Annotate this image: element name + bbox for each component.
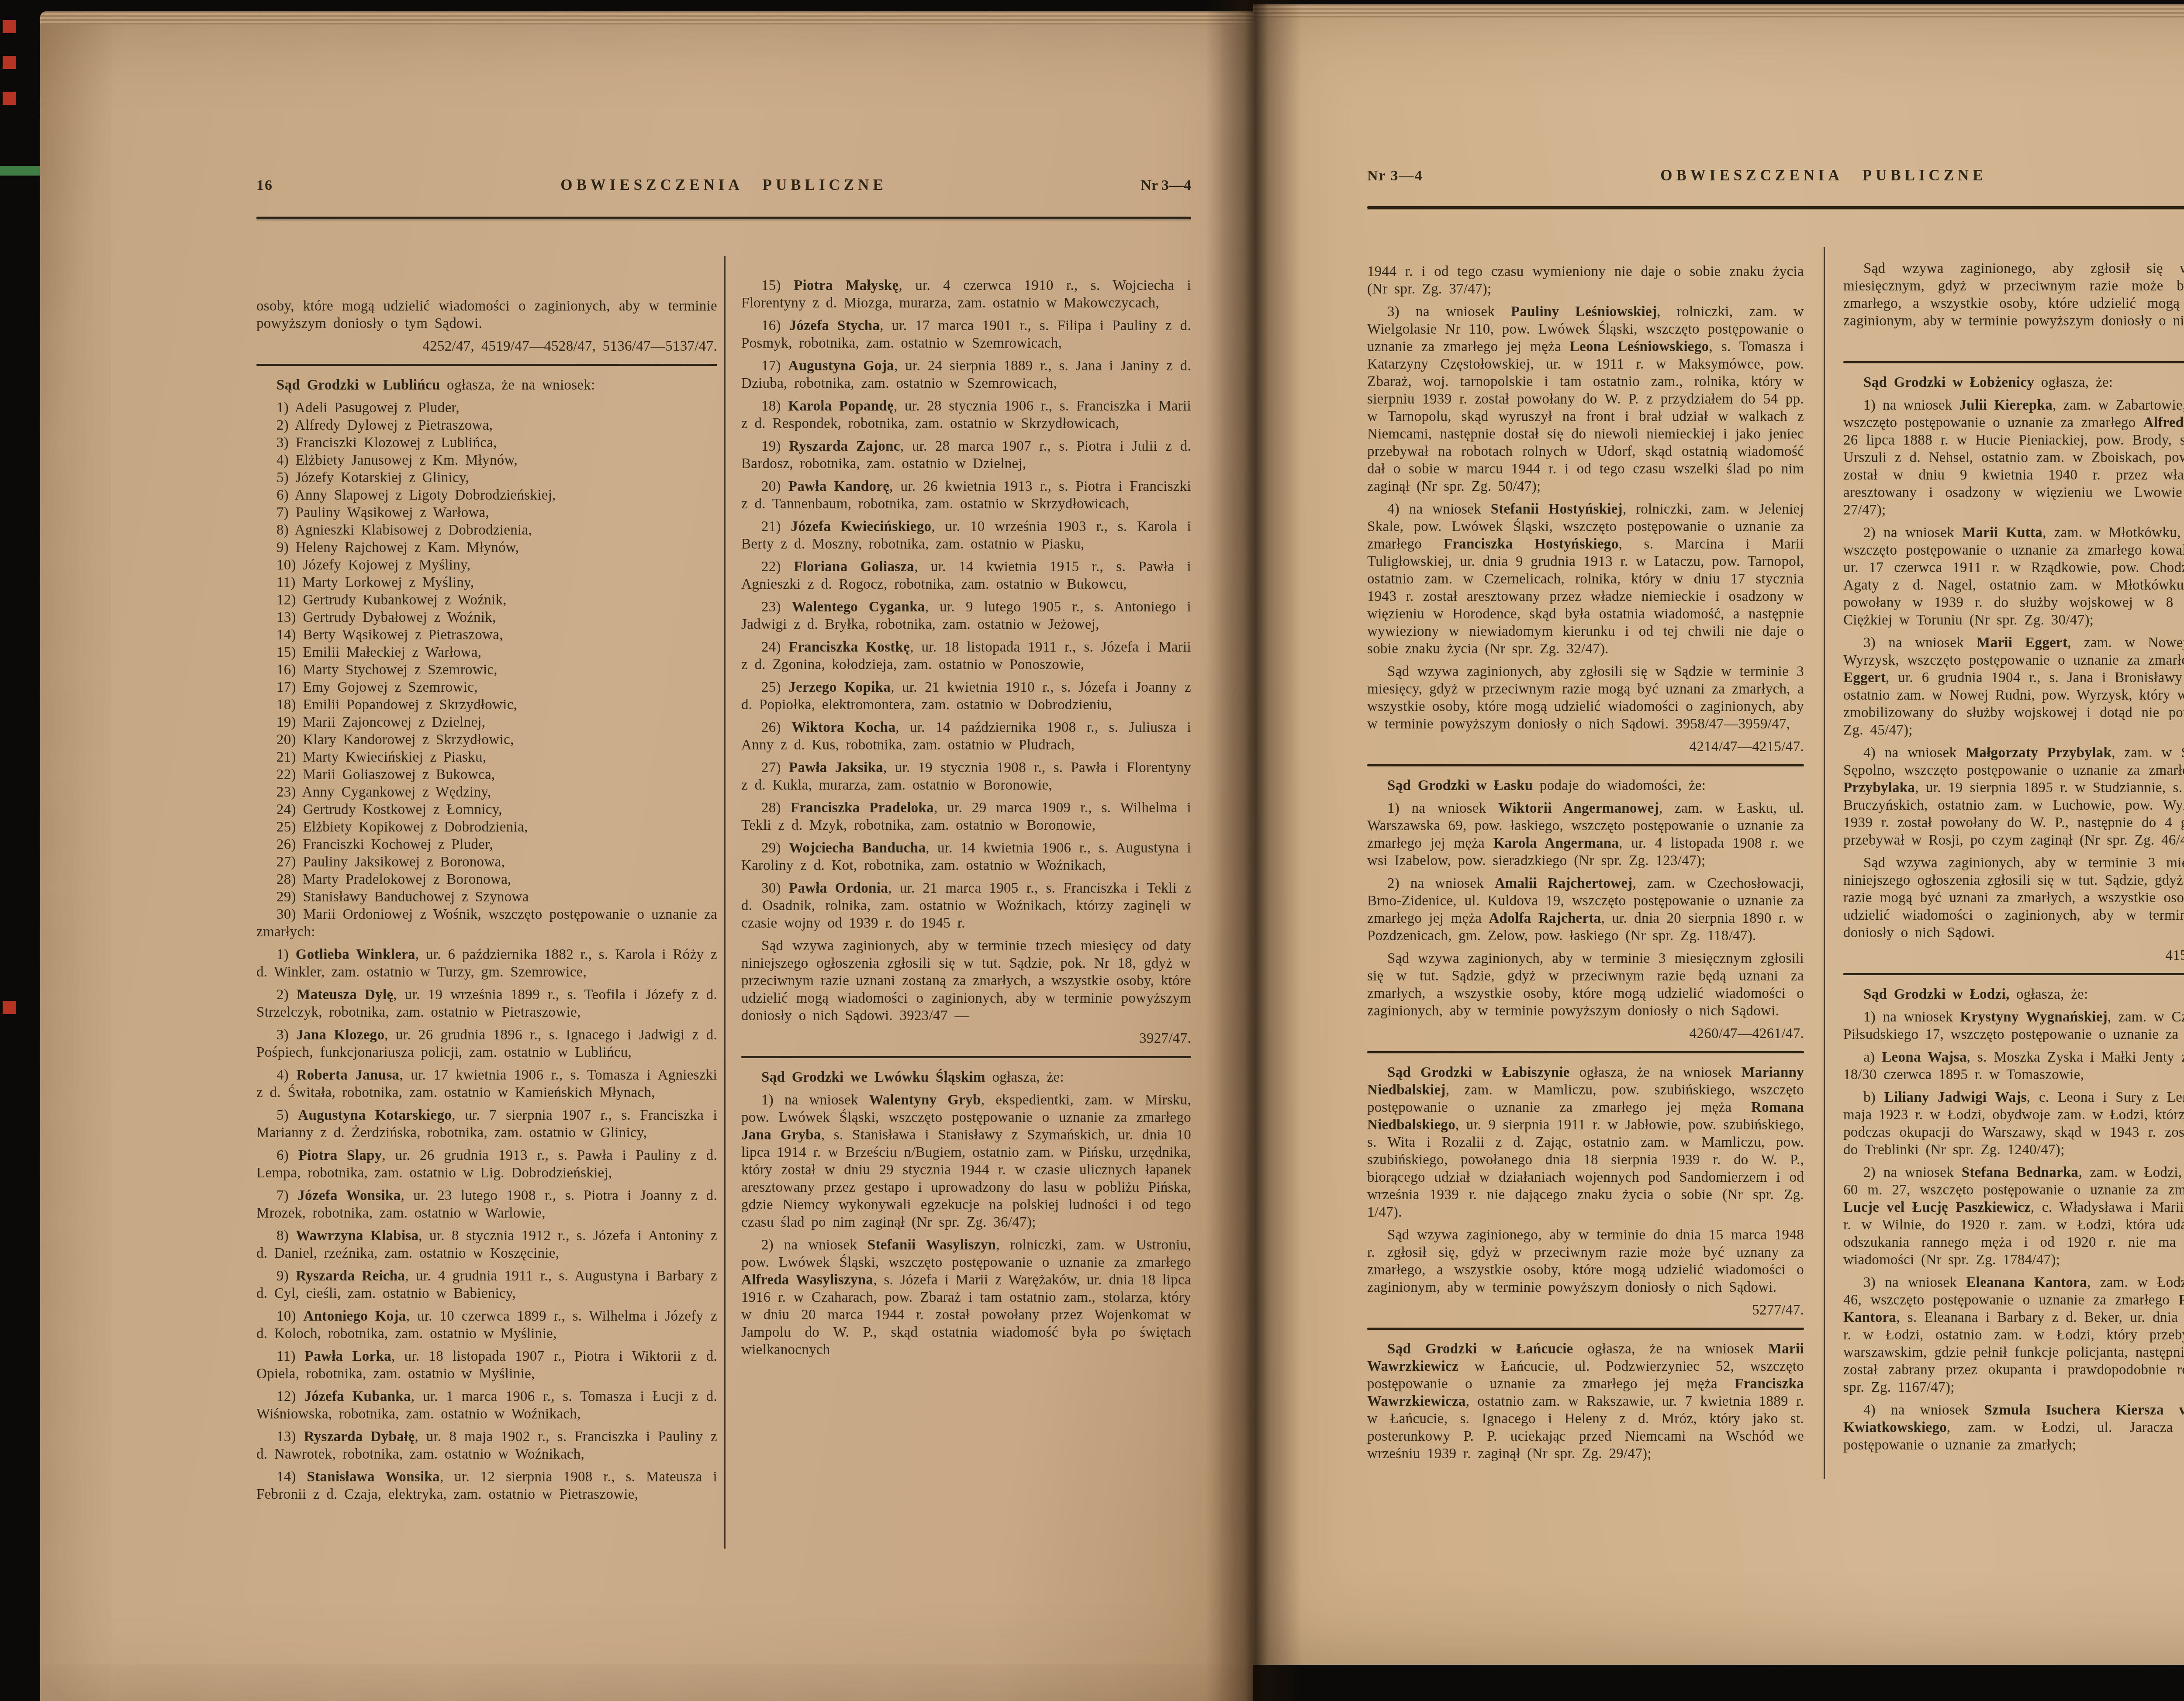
- text-run: 28) Marty Pradelokowej z Boronowa,: [276, 872, 511, 887]
- text-run: 9): [276, 1268, 296, 1284]
- person-or-court-name: Leona Leśniowskiego: [1570, 339, 1709, 355]
- petition-list-item: 26) Franciszki Kochowej z Pluder,: [256, 836, 717, 853]
- person-or-court-name: Karola Angermana: [1493, 835, 1619, 851]
- announcement-paragraph: 2) Mateusza Dylę, ur. 19 września 1899 r…: [256, 986, 717, 1021]
- film-mark-red: [3, 1001, 16, 1014]
- text-run: 4158/47—4161/47.: [2166, 948, 2184, 963]
- person-or-court-name: Walentego Cyganka: [792, 599, 925, 615]
- petition-list-item: 19) Marii Zajoncowej z Dzielnej,: [256, 714, 717, 731]
- text-run: 2) na wniosek: [1387, 876, 1495, 891]
- announcement-paragraph: 26) Wiktora Kocha, ur. 14 października 1…: [741, 719, 1191, 754]
- petition-list-item: 18) Emilii Popandowej z Skrzydłowic,: [256, 696, 717, 714]
- announcement-paragraph: Sąd Grodzki w Łabiszynie ogłasza, że na …: [1367, 1064, 1804, 1221]
- text-run: 18) Emilii Popandowej z Skrzydłowic,: [276, 697, 517, 713]
- person-or-court-name: Sąd Grodzki w Lublińcu: [276, 377, 440, 393]
- announcement-paragraph: Sąd Grodzki w Lublińcu ogłasza, że na wn…: [256, 376, 717, 394]
- person-or-court-name: Liliany Jadwigi Wajs: [1884, 1090, 2027, 1105]
- text-run: 5277/47.: [1752, 1302, 1804, 1318]
- announcement-paragraph: 2) na wniosek Stefanii Wasyliszyn, rolni…: [741, 1236, 1191, 1359]
- text-run: 4252/47, 4519/47—4528/47, 5136/47—5137/4…: [422, 338, 717, 354]
- person-or-court-name: Franciszka Hostyńskiego: [1444, 536, 1619, 552]
- person-or-court-name: Pawła Kandorę: [788, 479, 889, 494]
- text-run: 2) na wniosek: [1863, 1165, 1962, 1180]
- person-or-court-name: Wawrzyna Klabisa: [296, 1228, 418, 1244]
- person-or-court-name: Floriana Goliasza: [794, 559, 914, 575]
- text-run: 14): [276, 1469, 307, 1485]
- petition-list-item: 10) Józefy Kojowej z Myśliny,: [256, 556, 717, 574]
- text-run: 26) Franciszki Kochowej z Pluder,: [276, 837, 493, 852]
- petition-list-item: 20) Klary Kandorowej z Skrzydłowic,: [256, 731, 717, 749]
- text-run: 22) Marii Goliaszowej z Bukowca,: [276, 767, 495, 783]
- person-or-court-name: Sąd Grodzki w Łobżenicy: [1863, 375, 2034, 390]
- case-reference-numbers: 3927/47.: [741, 1030, 1191, 1047]
- petition-list-item: 6) Anny Slapowej z Ligoty Dobrodzieńskie…: [256, 486, 717, 504]
- issue-number: Nr 3—4: [1095, 177, 1191, 194]
- text-run: ogłasza, że na wniosek: [1570, 1065, 1742, 1080]
- person-or-court-name: Piotra Slapy: [298, 1148, 382, 1163]
- announcement-paragraph: Sąd wzywa zaginionego, aby zgłosił się w…: [1843, 260, 2184, 330]
- person-or-court-name: Marii Kutta: [1962, 525, 2042, 541]
- announcement-paragraph: 16) Józefa Stycha, ur. 17 marca 1901 r.,…: [741, 317, 1191, 352]
- text-run: 15) Emilii Małeckiej z Warłowa,: [276, 645, 481, 660]
- person-or-court-name: Alfreda Wasyliszyna: [741, 1272, 873, 1288]
- petition-list-item: 29) Stanisławy Banduchowej z Szynowa: [256, 888, 717, 906]
- announcement-paragraph: 24) Franciszka Kostkę, ur. 18 listopada …: [741, 638, 1191, 673]
- text-run: 16): [761, 318, 789, 334]
- petition-list-item: 1) Adeli Pasugowej z Pluder,: [256, 399, 717, 417]
- person-or-court-name: Leona Wajsa: [1882, 1049, 1966, 1065]
- text-run: 12): [276, 1389, 304, 1404]
- film-mark-red: [3, 92, 16, 105]
- text-run: 24): [761, 639, 789, 655]
- text-run: 3) na wniosek: [1863, 635, 1977, 651]
- text-run: 12) Gertrudy Kubankowej z Woźnik,: [276, 592, 507, 608]
- announcement-paragraph: 13) Ryszarda Dybałę, ur. 8 maja 1902 r.,…: [256, 1428, 717, 1463]
- header-rule: [1367, 206, 2184, 209]
- text-run: b): [1863, 1090, 1884, 1105]
- text-run: 1): [276, 947, 296, 963]
- announcement-paragraph: 19) Ryszarda Zajonc, ur. 28 marca 1907 r…: [741, 438, 1191, 473]
- text-run: , s. Marcina i Marii Tuligłowskiej, ur. …: [1367, 536, 1804, 657]
- announcement-paragraph: 28) Franciszka Pradeloka, ur. 29 marca 1…: [741, 799, 1191, 834]
- text-run: ogłasza, że na wniosek:: [440, 377, 595, 393]
- film-mark-red: [3, 20, 16, 33]
- text-run: 21) Marty Kwiecińskiej z Piasku,: [276, 749, 486, 765]
- announcement-paragraph: Sąd wzywa zaginionych, aby zgłosili się …: [1367, 663, 1804, 733]
- announcement-paragraph: 2) na wniosek Stefana Bednarka, zam. w Ł…: [1843, 1164, 2184, 1269]
- announcement-paragraph: 17) Augustyna Goja, ur. 24 sierpnia 1889…: [741, 357, 1191, 392]
- announcement-paragraph: Sąd Grodzki we Lwówku Śląskim ogłasza, ż…: [741, 1069, 1191, 1086]
- announcement-paragraph: 3) Jana Klozego, ur. 26 grudnia 1896 r.,…: [256, 1026, 717, 1061]
- text-run: Sąd wzywa zaginionego, aby w terminie do…: [1367, 1227, 1804, 1295]
- person-or-court-name: Krystyny Wygnańskiej: [1960, 1009, 2108, 1025]
- person-or-court-name: Franciszka Kostkę: [789, 639, 910, 655]
- text-run: 6): [276, 1148, 298, 1163]
- petition-list-item: 13) Gertrudy Dybałowej z Woźnik,: [256, 609, 717, 626]
- scan-photo: 16 OBWIESZCZENIA PUBLICZNE Nr 3—4 osoby,…: [0, 0, 2184, 1701]
- text-run: 29) Stanisławy Banduchowej z Szynowa: [276, 889, 529, 905]
- announcement-paragraph: 5) Augustyna Kotarskiego, ur. 7 sierpnia…: [256, 1107, 717, 1142]
- page-17: Nr 3—4 OBWIESZCZENIA PUBLICZNE 17 1944 r…: [1253, 4, 2184, 1665]
- announcement-paragraph: 29) Wojciecha Banducha, ur. 14 kwietnia …: [741, 839, 1191, 874]
- text-run: 6) Anny Slapowej z Ligoty Dobrodzieńskie…: [276, 487, 556, 503]
- person-or-court-name: Wiktora Kocha: [791, 720, 895, 735]
- petition-list-item: 12) Gertrudy Kubankowej z Woźnik,: [256, 591, 717, 609]
- text-run: 5) Józefy Kotarskiej z Glinicy,: [276, 470, 469, 486]
- announcement-paragraph: Sąd Grodzki w Łodzi, ogłasza, że:: [1843, 986, 2184, 1003]
- page-17-column-2: Sąd wzywa zaginionego, aby zgłosił się w…: [1843, 260, 2184, 1459]
- text-run: 4) na wniosek: [1863, 1402, 1984, 1418]
- text-run: 28): [761, 800, 791, 816]
- text-run: 25) Elżbiety Kopikowej z Dobrodzienia,: [276, 819, 528, 835]
- person-or-court-name: Pawła Lorka: [305, 1349, 391, 1364]
- text-run: 23) Anny Cygankowej z Wędziny,: [276, 784, 491, 800]
- petition-list-item: 2) Alfredy Dylowej z Pietraszowa,: [256, 417, 717, 434]
- announcement-paragraph: Sąd Grodzki w Łobżenicy ogłasza, że:: [1843, 374, 2184, 391]
- petition-list-item: 22) Marii Goliaszowej z Bukowca,: [256, 766, 717, 783]
- petition-list-item: 9) Heleny Rajchowej z Kam. Młynów,: [256, 539, 717, 556]
- case-reference-numbers: 5277/47.: [1367, 1301, 1804, 1319]
- text-run: 13) Gertrudy Dybałowej z Woźnik,: [276, 610, 496, 625]
- text-run: 26): [761, 720, 791, 735]
- announcement-paragraph: Sąd wzywa zaginionych, aby w terminie 3 …: [1367, 950, 1804, 1020]
- text-run: 14) Berty Wąsikowej z Pietraszowa,: [276, 627, 503, 643]
- text-run: 13): [276, 1429, 304, 1445]
- text-run: 3): [276, 1027, 296, 1043]
- announcement-paragraph: 30) Pawła Ordonia, ur. 21 marca 1905 r.,…: [741, 880, 1191, 932]
- running-title: OBWIESZCZENIA PUBLICZNE: [1463, 167, 2184, 184]
- text-run: a): [1863, 1049, 1882, 1065]
- section-divider: [1367, 1051, 1804, 1053]
- text-run: 10): [276, 1308, 304, 1324]
- section-divider: [1843, 361, 2184, 363]
- announcement-paragraph: 15) Piotra Małyskę, ur. 4 czerwca 1910 r…: [741, 277, 1191, 312]
- header-rule: [256, 217, 1191, 219]
- person-or-court-name: Piotra Małyskę: [794, 278, 898, 293]
- announcement-paragraph: 20) Pawła Kandorę, ur. 26 kwietnia 1913 …: [741, 478, 1191, 513]
- person-or-court-name: Julii Kierepka: [1959, 397, 2053, 413]
- text-run: 8): [276, 1228, 296, 1244]
- person-or-court-name: Stefanii Hostyńskiej: [1491, 501, 1623, 517]
- person-or-court-name: Franciszka Pradeloka: [791, 800, 934, 816]
- text-run: 23): [761, 599, 792, 615]
- film-mark-red: [3, 56, 16, 69]
- petition-list-item: 17) Emy Gojowej z Szemrowic,: [256, 679, 717, 696]
- person-or-court-name: Augustyna Goja: [788, 358, 894, 374]
- person-or-court-name: Wiktorii Angermanowej: [1498, 800, 1659, 816]
- case-reference-numbers: 5142/47.: [1843, 335, 2184, 352]
- page-17-column-1: 1944 r. i od tego czasu wymieniony nie d…: [1367, 263, 1804, 1468]
- text-run: osoby, które mogą udzielić wiadomości o …: [256, 298, 717, 331]
- person-or-court-name: Małgorzaty Przybylak: [1966, 745, 2111, 761]
- text-run: 22): [761, 559, 794, 575]
- person-or-court-name: Mateusza Dylę: [297, 987, 393, 1003]
- text-run: Sąd wzywa zaginionego, aby zgłosił się w…: [1843, 261, 2184, 329]
- text-run: 7): [276, 1188, 297, 1204]
- case-reference-numbers: 4252/47, 4519/47—4528/47, 5136/47—5137/4…: [256, 338, 717, 355]
- section-divider: [1367, 764, 1804, 766]
- announcement-paragraph: 10) Antoniego Koja, ur. 10 czerwca 1899 …: [256, 1308, 717, 1342]
- person-or-court-name: Gotlieba Winklera: [296, 947, 415, 963]
- person-or-court-name: Adolfa Rajcherta: [1489, 911, 1601, 926]
- text-run: 4) na wniosek: [1387, 501, 1491, 517]
- petition-list-item: 14) Berty Wąsikowej z Pietraszowa,: [256, 626, 717, 644]
- column-divider: [1824, 247, 1825, 1479]
- announcement-paragraph: 8) Wawrzyna Klabisa, ur. 8 stycznia 1912…: [256, 1227, 717, 1262]
- running-title: OBWIESZCZENIA PUBLICZNE: [352, 176, 1095, 194]
- announcement-paragraph: 21) Józefa Kwiecińskiego, ur. 10 wrześni…: [741, 518, 1191, 553]
- announcement-paragraph: 1) na wniosek Walentyny Gryb, ekspedient…: [741, 1091, 1191, 1231]
- text-run: 11) Marty Lorkowej z Myśliny,: [276, 575, 474, 590]
- person-or-court-name: Lucje vel Łucję Paszkiewicz: [1843, 1200, 2031, 1215]
- announcement-paragraph: 6) Piotra Slapy, ur. 26 grudnia 1913 r.,…: [256, 1147, 717, 1182]
- announcement-paragraph: 3) na wniosek Pauliny Leśniowskiej, roln…: [1367, 303, 1804, 495]
- text-run: ogłasza, że na wniosek: [1573, 1341, 1768, 1357]
- text-run: 7) Pauliny Wąsikowej z Warłowa,: [276, 505, 489, 521]
- page-16-column-1: osoby, które mogą udzielić wiadomości o …: [256, 297, 717, 1508]
- text-run: ogłasza, że:: [2034, 375, 2113, 390]
- announcement-paragraph: 1) na wniosek Wiktorii Angermanowej, zam…: [1367, 800, 1804, 869]
- person-or-court-name: Sąd Grodzki w Łańcucie: [1387, 1341, 1573, 1357]
- page-16: 16 OBWIESZCZENIA PUBLICZNE Nr 3—4 osoby,…: [40, 11, 1253, 1701]
- announcement-paragraph: 3) na wniosek Marii Eggert, zam. w Nowej…: [1843, 634, 2184, 739]
- announcement-paragraph: Sąd wzywa zaginionych, aby w terminie 3 …: [1843, 854, 2184, 942]
- text-run: 3) Franciszki Klozowej z Lublińca,: [276, 435, 497, 451]
- text-run: 11): [276, 1349, 305, 1364]
- case-reference-numbers: 4214/47—4215/47.: [1367, 738, 1804, 756]
- announcement-paragraph: 4) na wniosek Małgorzaty Przybylak, zam.…: [1843, 744, 2184, 849]
- text-run: 19): [761, 438, 789, 454]
- text-run: 2) na wniosek: [1863, 525, 1962, 541]
- announcement-paragraph: 1) na wniosek Krystyny Wygnańskiej, zam.…: [1843, 1008, 2184, 1043]
- announcement-paragraph: Sąd wzywa zaginionego, aby w terminie do…: [1367, 1226, 1804, 1296]
- text-run: ogłasza, że:: [985, 1070, 1064, 1085]
- announcement-paragraph: 12) Józefa Kubanka, ur. 1 marca 1906 r.,…: [256, 1388, 717, 1423]
- text-run: 15): [761, 278, 794, 293]
- announcement-paragraph: 2) na wniosek Marii Kutta, zam. w Młotkó…: [1843, 524, 2184, 629]
- petition-list-item: 21) Marty Kwiecińskiej z Piasku,: [256, 749, 717, 766]
- announcement-paragraph: b) Liliany Jadwigi Wajs, c. Leona i Sury…: [1843, 1089, 2184, 1159]
- page-16-header: 16 OBWIESZCZENIA PUBLICZNE Nr 3—4: [256, 176, 1191, 194]
- person-or-court-name: Ryszarda Reicha: [296, 1268, 405, 1284]
- text-run: 10) Józefy Kojowej z Myśliny,: [276, 557, 470, 573]
- text-run: 2): [276, 987, 297, 1003]
- text-run: podaje do wiadomości, że:: [1533, 778, 1706, 794]
- text-run: 4) Elżbiety Janusowej z Km. Młynów,: [276, 452, 518, 468]
- text-run: 4): [276, 1067, 297, 1083]
- person-or-court-name: Amalii Rajchertowej: [1495, 876, 1633, 891]
- petition-list-item: 5) Józefy Kotarskiej z Glinicy,: [256, 469, 717, 486]
- text-run: 3) na wniosek: [1863, 1275, 1966, 1290]
- petition-list-item: 4) Elżbiety Janusowej z Km. Młynów,: [256, 452, 717, 469]
- announcement-paragraph: Sąd Grodzki w Łańcucie ogłasza, że na wn…: [1367, 1340, 1804, 1463]
- petition-list-item: 23) Anny Cygankowej z Wędziny,: [256, 783, 717, 801]
- announcement-paragraph: 1944 r. i od tego czasu wymieniony nie d…: [1367, 263, 1804, 298]
- person-or-court-name: Sąd Grodzki w Łodzi,: [1863, 987, 2009, 1002]
- announcement-paragraph: 14) Stanisława Wonsika, ur. 12 sierpnia …: [256, 1468, 717, 1503]
- text-run: 3) na wniosek: [1387, 304, 1511, 320]
- case-reference-numbers: 4260/47—4261/47.: [1367, 1025, 1804, 1042]
- text-run: Sąd wzywa zaginionych, aby zgłosili się …: [1367, 664, 1804, 732]
- announcement-paragraph: 11) Pawła Lorka, ur. 18 listopada 1907 r…: [256, 1348, 717, 1383]
- person-or-court-name: Alfreda Kierepki: [2143, 415, 2184, 431]
- petition-list-item: 15) Emilii Małeckiej z Warłowa,: [256, 644, 717, 661]
- text-run: 30): [761, 880, 789, 896]
- announcement-paragraph: 1) Gotlieba Winklera, ur. 6 października…: [256, 946, 717, 981]
- announcement-paragraph: 22) Floriana Goliasza, ur. 14 kwietnia 1…: [741, 558, 1191, 593]
- announcement-paragraph: osoby, które mogą udzielić wiadomości o …: [256, 297, 717, 332]
- text-run: 1) Adeli Pasugowej z Pluder,: [276, 400, 460, 416]
- petition-list-item: 3) Franciszki Klozowej z Lublińca,: [256, 434, 717, 452]
- person-or-court-name: Sąd Grodzki w Łabiszynie: [1387, 1065, 1570, 1080]
- text-run: 5): [276, 1108, 298, 1123]
- person-or-court-name: Józefa Stycha: [789, 318, 880, 334]
- person-or-court-name: Stanisława Wonsika: [307, 1469, 440, 1485]
- person-or-court-name: Sąd Grodzki we Lwówku Śląskim: [761, 1070, 985, 1085]
- text-run: 30) Marii Ordoniowej z Wośnik, wszczęto …: [256, 907, 717, 940]
- text-run: 17): [761, 358, 788, 374]
- text-run: 18): [761, 398, 788, 414]
- page-number: 16: [256, 177, 352, 194]
- announcement-paragraph: 4) Roberta Janusa, ur. 17 kwietnia 1906 …: [256, 1066, 717, 1101]
- announcement-paragraph: 7) Józefa Wonsika, ur. 23 lutego 1908 r.…: [256, 1187, 717, 1222]
- text-run: , ur. 6 grudnia 1904 r., s. Jana i Broni…: [1843, 670, 2184, 738]
- section-divider: [1843, 973, 2184, 975]
- petition-list-item: 11) Marty Lorkowej z Myśliny,: [256, 574, 717, 591]
- text-run: 1) na wniosek: [1387, 800, 1498, 816]
- section-divider: [1367, 1328, 1804, 1330]
- page-16-column-2: 15) Piotra Małyskę, ur. 4 czerwca 1910 r…: [741, 277, 1191, 1364]
- announcement-paragraph: 3) na wniosek Eleanana Kantora, zam. w Ł…: [1843, 1274, 2184, 1396]
- person-or-court-name: Pawła Ordonia: [789, 880, 888, 896]
- announcement-paragraph: 25) Jerzego Kopika, ur. 21 kwietnia 1910…: [741, 679, 1191, 714]
- announcement-paragraph: 2) na wniosek Amalii Rajchertowej, zam. …: [1367, 875, 1804, 945]
- petition-list-item: 24) Gertrudy Kostkowej z Łomnicy,: [256, 801, 717, 818]
- person-or-court-name: Karola Popandę: [788, 398, 894, 414]
- text-run: 21): [761, 519, 791, 535]
- text-run: 16) Marty Stychowej z Szemrowic,: [276, 662, 498, 678]
- page-17-header: Nr 3—4 OBWIESZCZENIA PUBLICZNE 17: [1367, 167, 2184, 184]
- announcement-paragraph: 4) na wniosek Szmula Isuchera Kiersza ve…: [1843, 1401, 2184, 1454]
- text-run: 2) Alfredy Dylowej z Pietraszowa,: [276, 417, 493, 433]
- text-run: 24) Gertrudy Kostkowej z Łomnicy,: [276, 802, 502, 818]
- text-run: , s. Tomasza i Katarzyny Częstołowskiej,…: [1367, 339, 1804, 494]
- text-run: 1) na wniosek: [1863, 397, 1959, 413]
- text-run: Sąd wzywa zaginionych, aby w terminie 3 …: [1367, 951, 1804, 1019]
- person-or-court-name: Sąd Grodzki w Łasku: [1387, 778, 1533, 794]
- person-or-court-name: Józefa Kwiecińskiego: [791, 519, 932, 535]
- announcement-paragraph: a) Leona Wajsa, s. Moszka Zyska i Małki …: [1843, 1049, 2184, 1083]
- case-reference-numbers: 4158/47—4161/47.: [1843, 947, 2184, 964]
- person-or-court-name: Eleanana Kantora: [1966, 1275, 2087, 1290]
- announcement-paragraph: Sąd Grodzki w Łasku podaje do wiadomości…: [1367, 777, 1804, 794]
- announcement-paragraph: 23) Walentego Cyganka, ur. 9 lutego 1905…: [741, 598, 1191, 633]
- section-divider: [256, 364, 717, 366]
- text-run: 8) Agnieszki Klabisowej z Dobrodzienia,: [276, 522, 532, 538]
- text-run: 29): [761, 840, 789, 856]
- person-or-court-name: Jana Gryba: [741, 1127, 821, 1143]
- announcement-paragraph: Sąd wzywa zaginionych, aby w terminie tr…: [741, 937, 1191, 1025]
- petition-list-item: 16) Marty Stychowej z Szemrowic,: [256, 661, 717, 679]
- person-or-court-name: Antoniego Koja: [304, 1308, 406, 1324]
- announcement-paragraph: 18) Karola Popandę, ur. 28 stycznia 1906…: [741, 397, 1191, 432]
- person-or-court-name: Józefa Kubanka: [304, 1389, 411, 1404]
- text-run: 1944 r. i od tego czasu wymieniony nie d…: [1367, 264, 1804, 297]
- text-run: 1) na wniosek: [1863, 1009, 1960, 1025]
- petition-list-item: 27) Pauliny Jaksikowej z Boronowa,: [256, 853, 717, 871]
- text-run: 20) Klary Kandorowej z Skrzydłowic,: [276, 732, 514, 748]
- text-run: 27) Pauliny Jaksikowej z Boronowa,: [276, 854, 505, 870]
- person-or-court-name: Walentyny Gryb: [869, 1092, 981, 1108]
- person-or-court-name: Jerzego Kopika: [788, 680, 891, 695]
- text-run: Sąd wzywa zaginionych, aby w terminie 3 …: [1843, 855, 2184, 941]
- announcement-paragraph: 4) na wniosek Stefanii Hostyńskiej, roln…: [1367, 500, 1804, 658]
- person-or-court-name: Marii Eggert: [1977, 635, 2067, 651]
- announcement-paragraph: 1) na wniosek Julii Kierepka, zam. w Zab…: [1843, 397, 2184, 519]
- text-run: 4) na wniosek: [1863, 745, 1966, 761]
- text-run: 9) Heleny Rajchowej z Kam. Młynów,: [276, 540, 519, 555]
- text-run: 2) na wniosek: [761, 1237, 867, 1253]
- page-edge-texture: [1253, 4, 2184, 17]
- petition-list-item: 8) Agnieszki Klabisowej z Dobrodzienia,: [256, 521, 717, 539]
- text-run: Sąd wzywa zaginionych, aby w terminie tr…: [741, 938, 1191, 1024]
- text-run: 20): [761, 479, 788, 494]
- person-or-court-name: Stefanii Wasyliszyn: [867, 1237, 996, 1253]
- column-divider: [724, 256, 726, 1549]
- person-or-court-name: Roberta Janusa: [297, 1067, 400, 1083]
- text-run: 1) na wniosek: [761, 1092, 869, 1108]
- section-divider: [741, 1056, 1191, 1058]
- petition-list-item: 7) Pauliny Wąsikowej z Warłowa,: [256, 504, 717, 521]
- person-or-court-name: Pawła Jaksika: [789, 760, 883, 776]
- announcement-paragraph: 9) Ryszarda Reicha, ur. 4 grudnia 1911 r…: [256, 1267, 717, 1302]
- person-or-court-name: Augustyna Kotarskiego: [298, 1108, 452, 1123]
- text-run: 4214/47—4215/47.: [1690, 739, 1804, 755]
- issue-number: Nr 3—4: [1367, 168, 1463, 184]
- page-edge-texture: [40, 11, 1253, 24]
- text-run: 17) Emy Gojowej z Szemrowic,: [276, 680, 478, 695]
- announcement-paragraph: 27) Pawła Jaksika, ur. 19 stycznia 1908 …: [741, 759, 1191, 794]
- person-or-court-name: Ryszarda Zajonc: [789, 438, 900, 454]
- person-or-court-name: Jana Klozego: [296, 1027, 384, 1043]
- petition-list-item: 25) Elżbiety Kopikowej z Dobrodzienia,: [256, 818, 717, 836]
- announcement-paragraph: 30) Marii Ordoniowej z Wośnik, wszczęto …: [256, 906, 717, 941]
- person-or-court-name: Ryszarda Dybałę: [304, 1429, 415, 1445]
- text-run: 3927/47.: [1139, 1031, 1191, 1046]
- person-or-court-name: Stefana Bednarka: [1962, 1165, 2079, 1180]
- text-run: ogłasza, że:: [2009, 987, 2088, 1002]
- person-or-court-name: Józefa Wonsika: [297, 1188, 401, 1204]
- text-run: 27): [761, 760, 789, 776]
- petition-list-item: 28) Marty Pradelokowej z Boronowa,: [256, 871, 717, 888]
- text-run: 25): [761, 680, 788, 695]
- text-run: 4260/47—4261/47.: [1690, 1026, 1804, 1042]
- person-or-court-name: Wojciecha Banducha: [789, 840, 926, 856]
- person-or-court-name: Pauliny Leśniowskiej: [1511, 304, 1657, 320]
- text-run: 19) Marii Zajoncowej z Dzielnej,: [276, 714, 485, 730]
